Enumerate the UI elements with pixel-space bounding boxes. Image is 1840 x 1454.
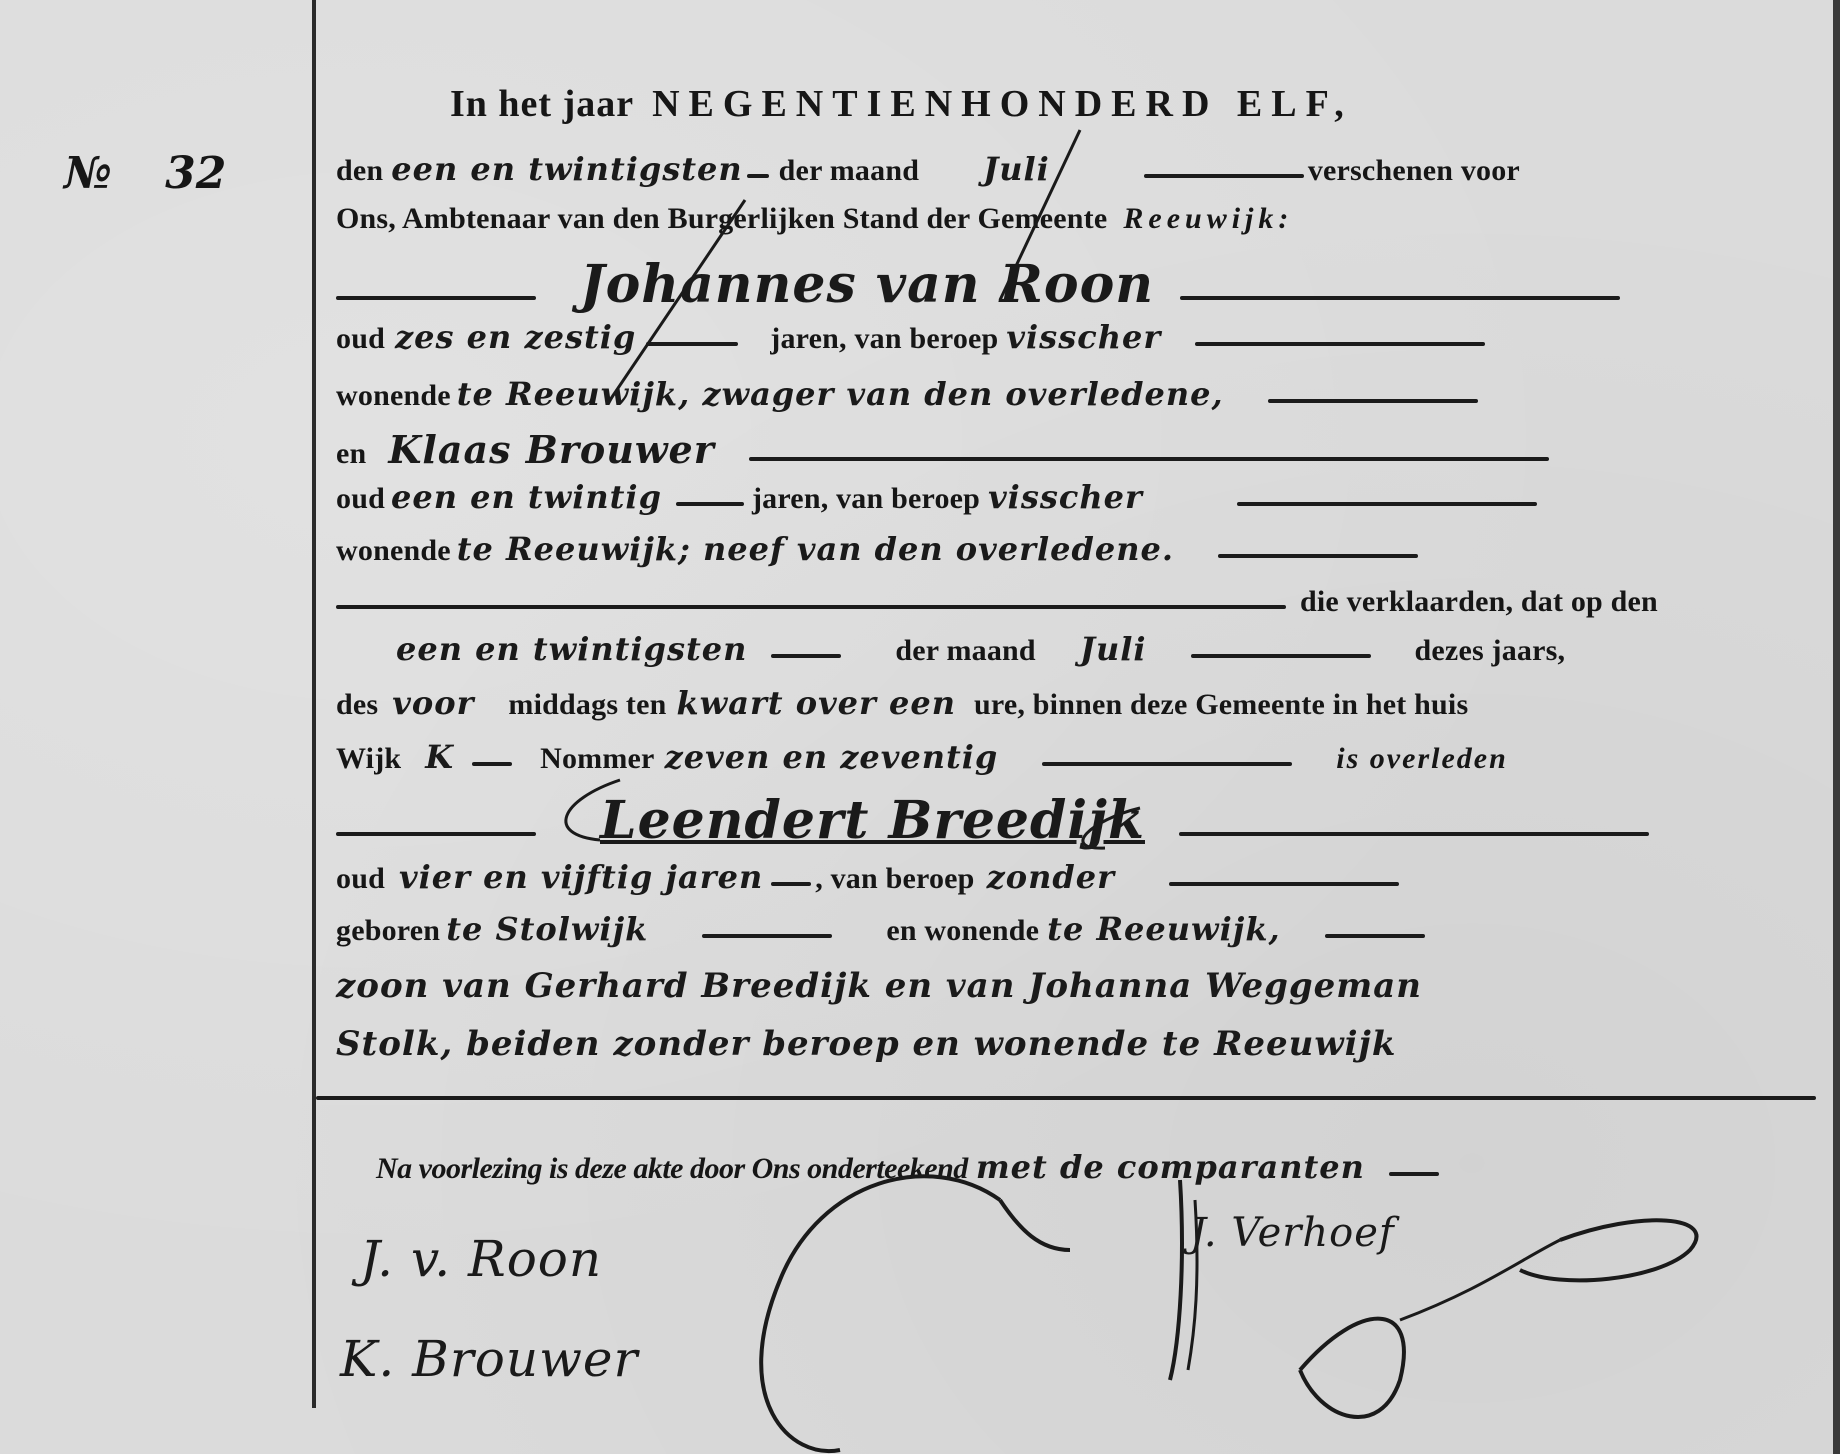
signature-flourish-icon	[0, 0, 1840, 1454]
